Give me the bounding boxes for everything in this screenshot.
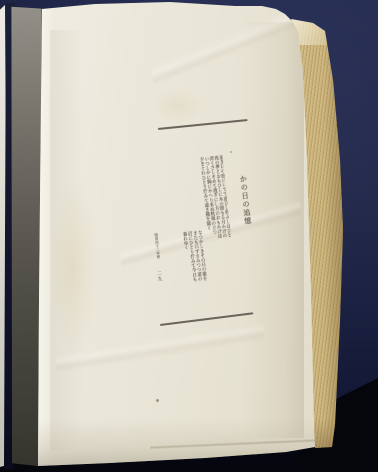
book-cover-edge xyxy=(9,3,43,467)
paper-speck xyxy=(156,399,159,402)
book-photo: かの日の追憶 遠き日の庭にいでて遊びし折ふしはひと 夜の夢とおもひしに木の間もる… xyxy=(0,0,378,472)
paper-speck xyxy=(230,151,232,153)
